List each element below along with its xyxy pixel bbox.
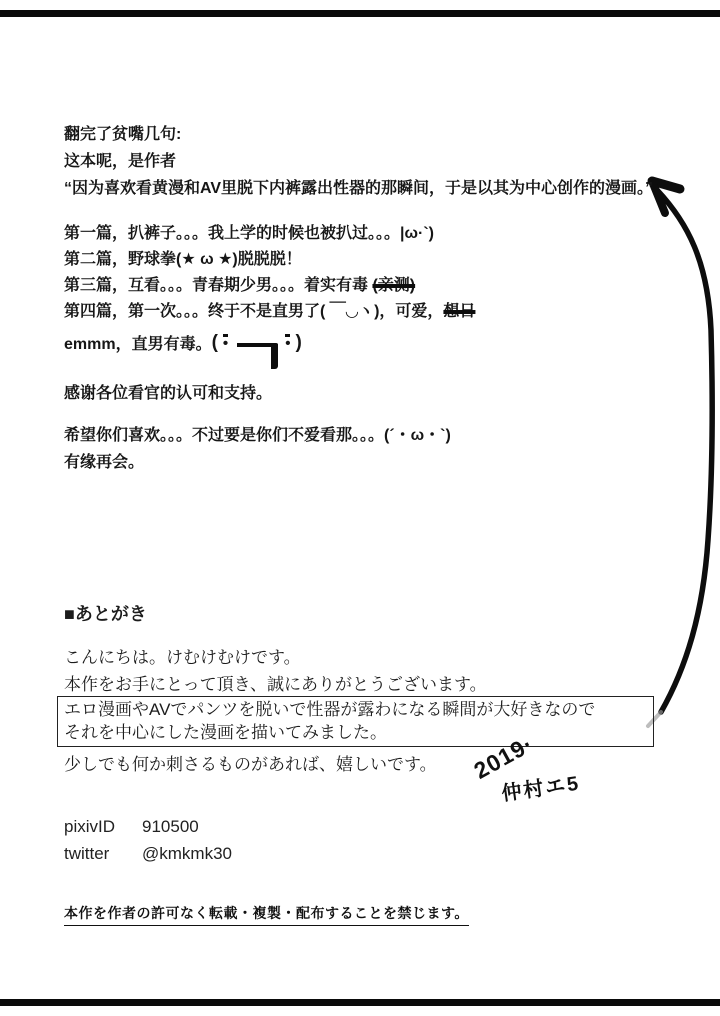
bottom-scan-bar	[0, 999, 720, 1006]
pixiv-id-value: 910500	[142, 817, 199, 836]
twitter-handle: @kmkmk30	[142, 844, 232, 863]
pixiv-id-row: pixivID910500	[64, 813, 232, 840]
episode-line: 第一篇，扒裤子。。。我上学的时候也被扒过。。。|ω·`)	[64, 221, 475, 247]
strikethrough-text: (亲测)	[372, 277, 415, 294]
smug-kaomoji: (••)	[212, 332, 302, 369]
episode-line: 第二篇，野球拳(★ ω ★)脱脱脱！	[64, 247, 475, 273]
afterword-greeting: こんにちは。けむけむけです。 本作をお手にとって頂き、誠にありがとうございます。	[64, 644, 487, 698]
intro-line: 这本呢，是作者	[64, 148, 653, 175]
signature-name: 仲村エ5	[499, 767, 581, 807]
contact-info: pixivID910500 twitter@kmkmk30	[64, 813, 232, 867]
top-scan-bar	[0, 10, 720, 17]
episode-list: 第一篇，扒裤子。。。我上学的时候也被扒过。。。|ω·`) 第二篇，野球拳(★ ω…	[64, 221, 475, 325]
copyright-notice: 本作を作者の許可なく転載・複製・配布することを禁じます。	[64, 903, 469, 926]
emmm-line: emmm，直男有毒。(••)	[64, 332, 302, 369]
intro-line: “因为喜欢看黄漫和AV里脱下内裤露出性器的那瞬间，于是以其为中心创作的漫画。”	[64, 175, 653, 202]
hope-lines: 希望你们喜欢。。。不过要是你们不爱看那。。。(´・ω・`) 有缘再会。	[64, 422, 451, 476]
translator-intro: 翻完了贫嘴几句: 这本呢，是作者 “因为喜欢看黄漫和AV里脱下内裤露出性器的那瞬…	[64, 121, 653, 202]
kaomoji-eye: •	[223, 334, 228, 350]
thanks-line: 感谢各位看官的认可和支持。	[64, 381, 272, 407]
kaomoji-mouth	[237, 343, 278, 369]
twitter-row: twitter@kmkmk30	[64, 840, 232, 867]
boxed-statement: エロ漫画やAVでパンツを脱いで性器が露わになる瞬間が大好きなので それを中心にし…	[57, 696, 654, 747]
afterword-heading: ■あとがき	[64, 600, 147, 626]
kaomoji-eye: •	[285, 334, 290, 350]
episode-line: 第三篇，互看。。。青春期少男。。。着实有毒 (亲测)	[64, 273, 475, 299]
strikethrough-text: 想日	[443, 303, 475, 320]
afterword-closing: 少しでも何か刺さるものがあれば、嬉しいです。	[64, 750, 437, 775]
afterword-page: 翻完了贫嘴几句: 这本呢，是作者 “因为喜欢看黄漫和AV里脱下内裤露出性器的那瞬…	[0, 0, 720, 1016]
intro-line: 翻完了贫嘴几句:	[64, 121, 653, 148]
episode-line: 第四篇，第一次。。。终于不是直男了( ￣◡ヽ)，可爱，想日	[64, 299, 475, 325]
